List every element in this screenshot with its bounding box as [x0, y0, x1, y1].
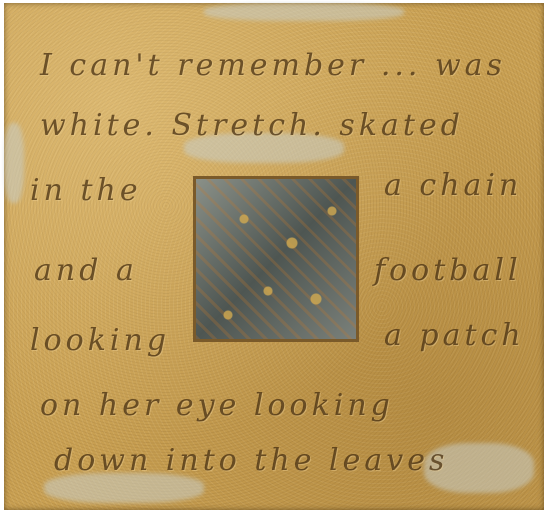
handwriting-line: I can't remember ... was	[40, 48, 506, 83]
handwriting-line: football	[374, 253, 522, 288]
leaf-window	[193, 176, 359, 342]
handwriting-line: white. Stretch. skated	[40, 108, 464, 143]
handwriting-line: in the	[30, 173, 142, 208]
handwriting-line: down into the leaves	[54, 443, 448, 478]
handwriting-line: looking	[30, 323, 170, 358]
handwriting-line: and a	[34, 253, 138, 288]
weathered-patch	[4, 123, 24, 203]
handwriting-line: a chain	[384, 168, 522, 203]
handwriting-line: on her eye looking	[40, 388, 394, 423]
handwriting-line: a patch	[384, 318, 525, 353]
weathered-patch	[204, 3, 404, 21]
